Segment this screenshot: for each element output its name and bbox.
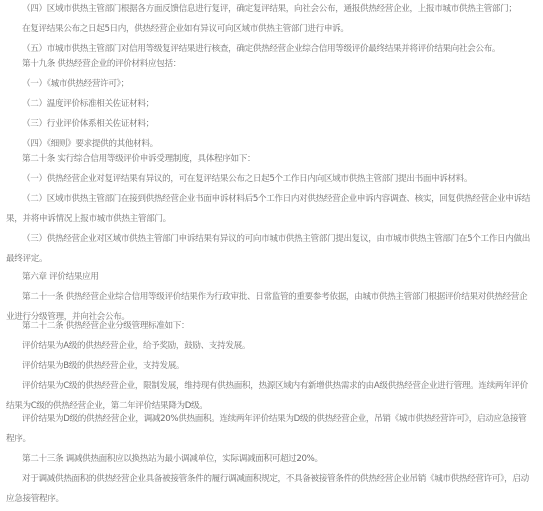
article-heading: 第二十二条 供热经营企业分级管理标准如下： (22, 320, 189, 332)
list-item: （二）区域市供热主管部门在接到供热经营企业书面申诉材料后5个工作日内对供热经营企… (22, 193, 530, 205)
paragraph-line: 评价结果为A级的供热经营企业，给予奖励，鼓励、支持发展。 (22, 340, 250, 352)
article-heading: 第二十条 实行综合信用等级评价申诉受理制度，具体程序如下： (22, 153, 255, 165)
list-item: （三）供热经营企业对区域市供热主管部门申诉结果有异议的可向市城市供热主管部门提出… (22, 233, 530, 245)
paragraph-line: （五）市城市供热主管部门对信用等级复评结果进行核查，确定供热经营企业综合信用等级… (22, 43, 500, 55)
article-heading: 第二十三条 调减供热面积应以换热站为最小调减单位，实际调减面积可超过20%。 (22, 453, 323, 465)
paragraph-line: 最终评定。 (6, 253, 47, 265)
paragraph-line: 在复评结果公布之日起5日内，供热经营企业如有异议可向区域市供热主管部门进行申诉。 (22, 23, 349, 35)
paragraph-line: 评价结果为D级的供热经营企业，调减20%供热面积。连续两年评价结果为D级的供热经… (22, 413, 526, 425)
list-item: （一）《城市供热经营许可》； (22, 78, 129, 90)
article-heading: 第二十一条 供热经营企业综合信用等级评价结果作为行政审批、日常监管的重要参考依据… (22, 291, 527, 303)
paragraph-line: 应急接管程序。 (6, 493, 64, 505)
list-item: （四）《细则》要求提供的其他材料。 (22, 138, 158, 150)
list-item: （三）行业评价体系相关佐证材料； (22, 118, 154, 130)
paragraph-line: 评价结果为C级的供热经营企业，限制发展，维持现有供热面积，热源区域内有新增供热需… (22, 380, 528, 392)
paragraph-line: 果，并将申诉情况上报市城市供热主管部门。 (6, 213, 171, 225)
paragraph-line: （四）区域市供热主管部门根据各方面反馈信息进行复评，确定复评结果，向社会公布，通… (22, 3, 517, 15)
paragraph-line: 对于调减供热面积的供热经营企业具备被接管条件的履行调减面积规定，不具备被接管条件… (22, 473, 529, 485)
article-heading: 第十九条 供热经营企业的评价材料应包括： (22, 58, 181, 70)
list-item: （二）温度评价标准相关佐证材料； (22, 98, 154, 110)
paragraph-line: 评价结果为B级的供热经营企业，支持发展。 (22, 360, 184, 372)
list-item: （一）供热经营企业对复评结果有异议的，可在复评结果公布之日起5个工作日内向区域市… (22, 173, 472, 185)
paragraph-line: 程序。 (6, 433, 31, 445)
paragraph-line: 结果为C级的供热经营企业，第二年评价结果降为D级。 (6, 400, 208, 412)
chapter-heading: 第六章 评价结果应用 (22, 271, 99, 283)
